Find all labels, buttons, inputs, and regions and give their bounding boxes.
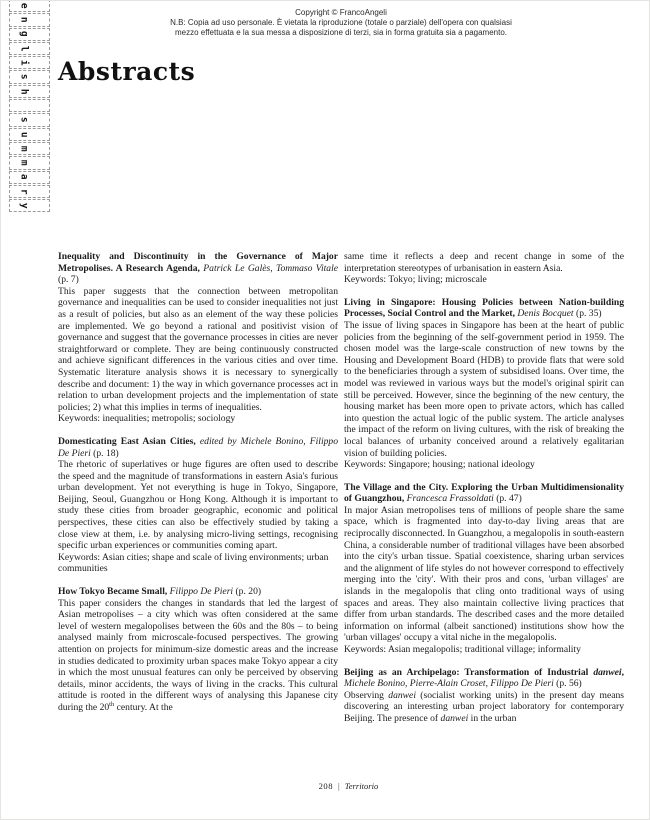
abstract-body: This paper considers the changes in stan… [58, 598, 338, 714]
abstract-page-ref: (p. 18) [91, 448, 119, 459]
abstract-block: The Village and the City. Exploring the … [344, 482, 624, 656]
filmstrip-letter: g [19, 31, 29, 37]
filmstrip-letter: n [19, 17, 29, 23]
filmstrip-letter-cell: u [9, 128, 50, 141]
abstract-block: How Tokyo Became Small, Filippo De Pieri… [58, 586, 338, 714]
abstract-page-ref: (p. 35) [574, 308, 602, 319]
abstract-block: Inequality and Discontinuity in the Gove… [58, 251, 338, 425]
abstract-title: How Tokyo Became Small, [58, 586, 167, 597]
filmstrip-letter-cell: e [9, 0, 50, 12]
abstract-heading: Inequality and Discontinuity in the Gove… [58, 251, 338, 286]
filmstrip-letter-cell: a [9, 171, 50, 184]
filmstrip-letter-cell: n [9, 13, 50, 26]
filmstrip-letter: s [19, 74, 29, 80]
copyright-notice: Copyright © FrancoAngeli N.B: Copia ad u… [58, 8, 624, 38]
abstract-keywords: Keywords: Asian megalopolis; traditional… [344, 644, 624, 656]
filmstrip-letter-cell: i [9, 56, 50, 69]
abstract-authors: Denis Bocquet [515, 308, 574, 319]
abstract-authors: Filippo De Pieri [167, 586, 233, 597]
filmstrip-letter: u [19, 131, 29, 137]
filmstrip-letter-cell: m [9, 142, 50, 155]
filmstrip-letter: e [19, 3, 29, 9]
filmstrip-letter-cell: s [9, 113, 50, 126]
filmstrip-letter: y [19, 203, 29, 209]
page-root: Copyright © FrancoAngeli N.B: Copia ad u… [0, 0, 650, 820]
filmstrip-letter-cell: r [9, 185, 50, 198]
abstract-authors: Michele Bonino, Pierre-Alain Croset, Fil… [344, 678, 554, 689]
filmstrip-blank-cell [9, 99, 50, 112]
abstract-page-ref: (p. 20) [233, 586, 261, 597]
abstract-keywords: Keywords: inequalities; metropolis; soci… [58, 413, 338, 425]
abstract-heading: The Village and the City. Exploring the … [344, 482, 624, 505]
abstract-body: In major Asian metropolises tens of mill… [344, 505, 624, 644]
abstract-block: Beijing as an Archipelago: Transformatio… [344, 667, 624, 725]
abstract-heading: Beijing as an Archipelago: Transformatio… [344, 667, 624, 690]
abstract-page-ref: (p. 56) [554, 678, 582, 689]
abstract-title: Domesticating East Asian Cities, [58, 436, 196, 447]
filmstrip-letter: h [19, 89, 29, 95]
abstract-title: Beijing as an Archipelago: Transformatio… [344, 667, 624, 678]
filmstrip-letter: r [19, 189, 29, 195]
abstract-heading: Domesticating East Asian Cities, edited … [58, 436, 338, 459]
column-left: Inequality and Discontinuity in the Gove… [58, 251, 338, 736]
abstract-heading: How Tokyo Became Small, Filippo De Pieri… [58, 586, 338, 598]
abstract-keywords: Keywords: Tokyo; living; microscale [344, 274, 624, 286]
footer-page-number: 208 [300, 781, 333, 791]
copyright-line-3: mezzo effettuata e la sua messa a dispos… [58, 28, 624, 38]
filmstrip-letter: m [19, 160, 29, 166]
filmstrip-letter: s [19, 117, 29, 123]
page-title: Abstracts [58, 57, 195, 86]
abstract-block: Domesticating East Asian Cities, edited … [58, 436, 338, 575]
abstract-keywords: Keywords: Singapore; housing; national i… [344, 459, 624, 471]
abstract-body: This paper suggests that the connection … [58, 286, 338, 414]
abstracts-columns: Inequality and Discontinuity in the Gove… [58, 251, 624, 736]
filmstrip-letter: a [19, 174, 29, 180]
filmstrip-letter-cell: h [9, 85, 50, 98]
abstract-authors: Patrick Le Galès, Tommaso Vitale [200, 263, 338, 274]
abstract-body: The rhetoric of superlatives or huge fig… [58, 459, 338, 552]
copyright-line-2: N.B: Copia ad uso personale. È vietata l… [58, 18, 624, 28]
footer-journal-title: Territorio [345, 781, 379, 791]
abstract-block: Living in Singapore: Housing Policies be… [344, 297, 624, 471]
abstract-page-ref: (p. 7) [58, 274, 79, 285]
abstract-authors: Francesca Frassoldati [404, 493, 494, 504]
filmstrip-letter: m [19, 146, 29, 152]
filmstrip-letter-cell: y [9, 199, 50, 212]
abstract-keywords: Keywords: Asian cities; shape and scale … [58, 552, 338, 575]
filmstrip-letter-cell: l [9, 42, 50, 55]
filmstrip-letter-cell: s [9, 70, 50, 83]
column-right: same time it reflects a deep and recent … [344, 251, 624, 736]
filmstrip-letter-cell: m [9, 156, 50, 169]
footer-separator: | [333, 781, 345, 791]
filmstrip-letter-cell: g [9, 28, 50, 41]
abstract-body: Observing danwei (socialist working unit… [344, 690, 624, 725]
copyright-line-1: Copyright © FrancoAngeli [58, 8, 624, 18]
abstract-block: same time it reflects a deep and recent … [344, 251, 624, 286]
abstract-page-ref: (p. 47) [494, 493, 522, 504]
filmstrip-letter: l [19, 46, 29, 52]
filmstrip-letter: i [19, 60, 29, 66]
filmstrip: englishsummary [9, 0, 50, 213]
page-footer: 208 | Territorio [300, 781, 378, 791]
abstract-heading: Living in Singapore: Housing Policies be… [344, 297, 624, 320]
abstract-body: same time it reflects a deep and recent … [344, 251, 624, 274]
abstract-body: The issue of living spaces in Singapore … [344, 320, 624, 459]
